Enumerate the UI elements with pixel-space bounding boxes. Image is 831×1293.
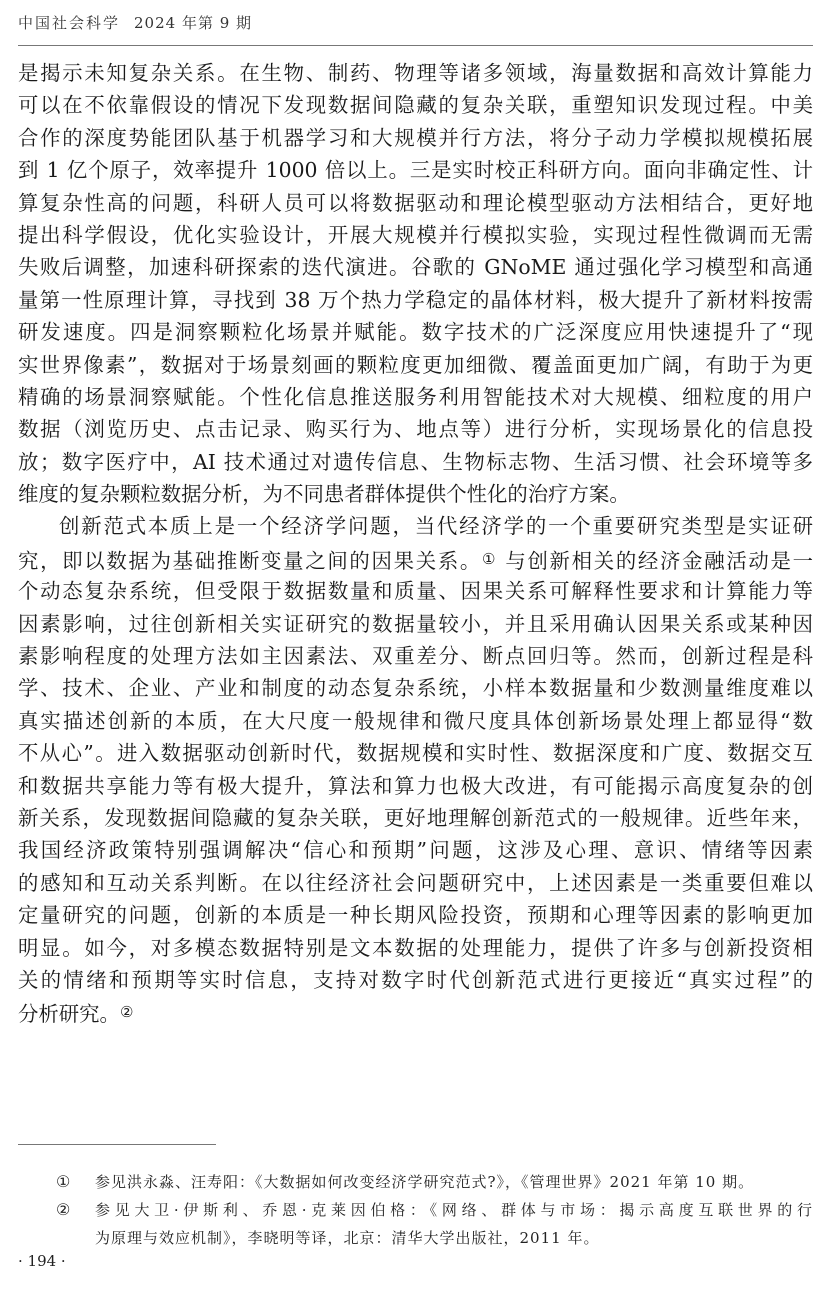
text-segment: 究，即以数据为基础推断变量之间的因果关系。 (18, 549, 482, 573)
header-rule (18, 45, 813, 46)
text-line: 真实描述创新的本质，在大尺度一般规律和微尺度具体创新场景处理上都显得“数 (18, 705, 813, 737)
text-line: 个动态复杂系统，但受限于数据数量和质量、因果关系可解释性要求和计算能力等 (18, 575, 813, 607)
text-line: 精确的场景洞察赋能。个性化信息推送服务利用智能技术对大规模、细粒度的用户 (18, 381, 813, 413)
text-line: 量第一性原理计算，寻找到 38 万个热力学稳定的晶体材料，极大提升了新材料按需 (18, 284, 813, 316)
text-line: 和数据共享能力等有极大提升，算法和算力也极大改进，有可能揭示高度复杂的创 (18, 770, 813, 802)
text-line: 分析研究。② (18, 996, 813, 1028)
text-line: 到 1 亿个原子，效率提升 1000 倍以上。三是实时校正科研方向。面向非确定性… (18, 154, 813, 186)
text-line: 研发速度。四是洞察颗粒化场景并赋能。数字技术的广泛深度应用快速提升了“现 (18, 316, 813, 348)
footnote-marker: ② (56, 1196, 70, 1224)
text-line: 放；数字医疗中，AI 技术通过对遗传信息、生物标志物、生活习惯、社会环境等多 (18, 446, 813, 478)
text-segment: 分析研究。 (18, 1002, 120, 1026)
text-line: 维度的复杂颗粒数据分析，为不同患者群体提供个性化的治疗方案。 (18, 478, 813, 510)
text-line: 数据（浏览历史、点击记录、购买行为、地点等）进行分析，实现场景化的信息投 (18, 413, 813, 445)
text-line: 明显。如今，对多模态数据特别是文本数据的处理能力，提供了许多与创新投资相 (18, 932, 813, 964)
footnote-text: 参见洪永淼、汪寿阳：《大数据如何改变经济学研究范式?》，《管理世界》2021 年… (95, 1168, 813, 1196)
text-line: 不从心”。进入数据驱动创新时代，数据规模和实时性、数据深度和广度、数据交互 (18, 737, 813, 769)
footnote-ref-1[interactable]: ① (482, 550, 497, 568)
footnote-text: 为原理与效应机制》，李晓明等译，北京：清华大学出版社，2011 年。 (95, 1224, 813, 1252)
footnote-2: ② 参见大卫·伊斯利、乔恩·克莱因伯格：《网络、群体与市场：揭示高度互联世界的行 (18, 1196, 813, 1224)
page-number: · 194 · (18, 1252, 66, 1270)
text-line: 算复杂性高的问题，科研人员可以将数据驱动和理论模型驱动方法相结合，更好地 (18, 187, 813, 219)
text-line: 可以在不依靠假设的情况下发现数据间隐藏的复杂关联，重塑知识发现过程。中美 (18, 89, 813, 121)
issue-label: 2024 年第 9 期 (134, 14, 252, 32)
text-line: 实世界像素”，数据对于场景刻画的颗粒度更加细微、覆盖面更加广阔，有助于为更 (18, 349, 813, 381)
paragraph-first-line: 创新范式本质上是一个经济学问题，当代经济学的一个重要研究类型是实证研 (18, 510, 813, 542)
text-line: 合作的深度势能团队基于机器学习和大规模并行方法，将分子动力学模拟规模拓展 (18, 122, 813, 154)
text-line: 的感知和互动关系判断。在以往经济社会问题研究中，上述因素是一类重要但难以 (18, 867, 813, 899)
text-line: 提出科学假设，优化实验设计，开展大规模并行模拟实验，实现过程性微调而无需 (18, 219, 813, 251)
footnote-marker: ① (56, 1168, 70, 1196)
text-segment: 与创新相关的经济金融活动是一 (505, 549, 813, 573)
text-line: 是揭示未知复杂关系。在生物、制药、物理等诸多领域，海量数据和高效计算能力 (18, 57, 813, 89)
footnote-1: ① 参见洪永淼、汪寿阳：《大数据如何改变经济学研究范式?》，《管理世界》2021… (18, 1168, 813, 1196)
footnote-ref-2[interactable]: ② (120, 1003, 133, 1021)
text-line: 学、技术、企业、产业和制度的动态复杂系统，小样本数据量和少数测量维度难以 (18, 672, 813, 704)
text-line: 素影响程度的处理方法如主因素法、双重差分、断点回归等。然而，创新过程是科 (18, 640, 813, 672)
text-line: 我国经济政策特别强调解决“信心和预期”问题，这涉及心理、意识、情绪等因素 (18, 834, 813, 866)
body-text: 是揭示未知复杂关系。在生物、制药、物理等诸多领域，海量数据和高效计算能力 可以在… (18, 57, 813, 1029)
running-head: 中国社会科学2024 年第 9 期 (18, 12, 252, 33)
text-line: 定量研究的问题，创新的本质是一种长期风险投资，预期和心理等因素的影响更加 (18, 899, 813, 931)
text-line: 失败后调整，加速科研探索的迭代演进。谷歌的 GNoME 通过强化学习模型和高通 (18, 251, 813, 283)
footnote-2-continued: 为原理与效应机制》，李晓明等译，北京：清华大学出版社，2011 年。 (18, 1224, 813, 1252)
text-line: 关的情绪和预期等实时信息，支持对数字时代创新范式进行更接近“真实过程”的 (18, 964, 813, 996)
footnote-text: 参见大卫·伊斯利、乔恩·克莱因伯格：《网络、群体与市场：揭示高度互联世界的行 (95, 1196, 813, 1224)
text-line: 新关系，发现数据间隐藏的复杂关联，更好地理解创新范式的一般规律。近些年来， (18, 802, 813, 834)
text-line: 因素影响，过往创新相关实证研究的数据量较小，并且采用确认因果关系或某种因 (18, 608, 813, 640)
journal-title: 中国社会科学 (18, 14, 120, 32)
text-line: 究，即以数据为基础推断变量之间的因果关系。① 与创新相关的经济金融活动是一 (18, 543, 813, 575)
footnotes: ① 参见洪永淼、汪寿阳：《大数据如何改变经济学研究范式?》，《管理世界》2021… (18, 1168, 813, 1252)
footnote-rule (18, 1144, 216, 1145)
